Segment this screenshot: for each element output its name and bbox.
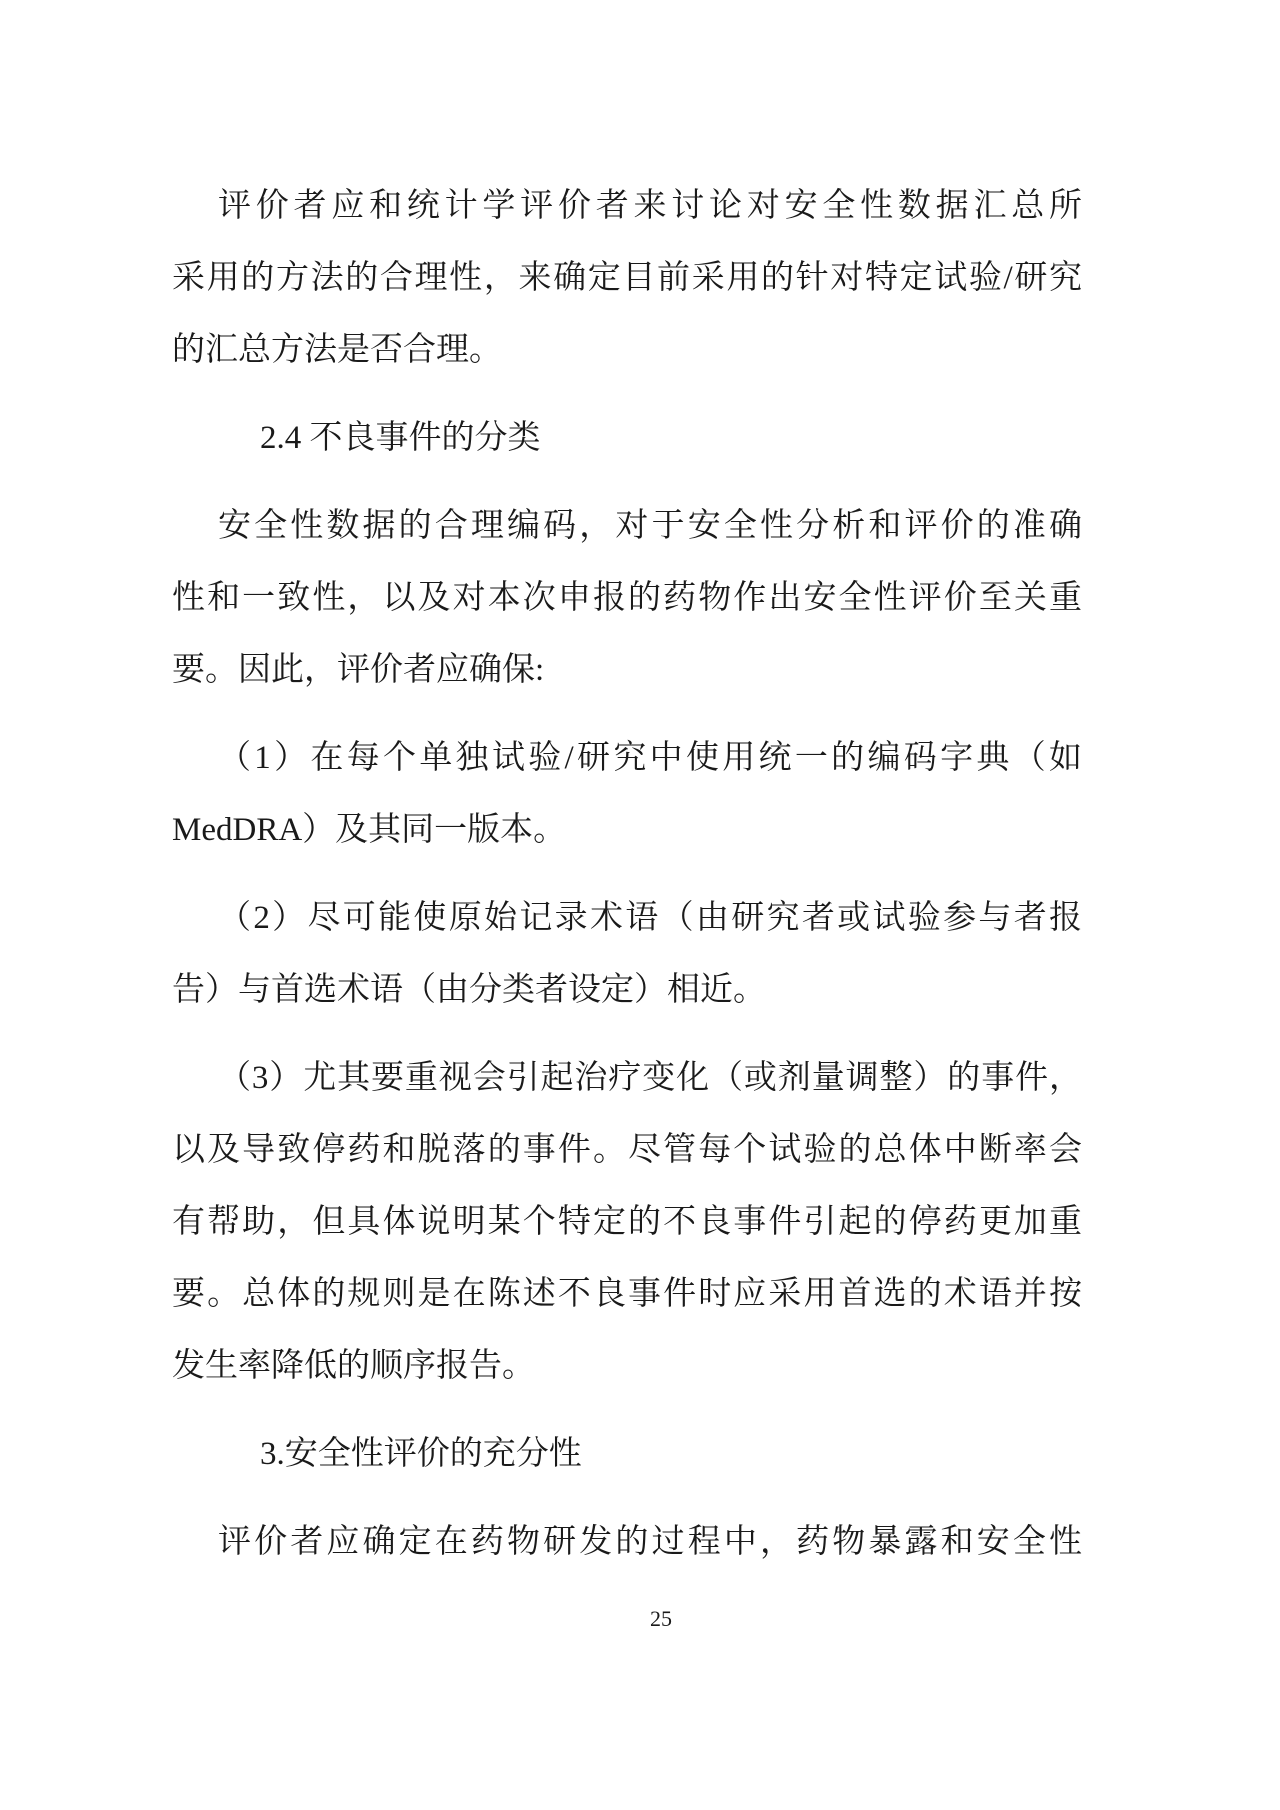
text-line: 要。因此，评价者应确保: (172, 634, 1082, 706)
text-line: 告）与首选术语（由分类者设定）相近。 (172, 954, 1082, 1026)
heading-2-4: 2.4 不良事件的分类 (172, 402, 1082, 474)
text-line: 有帮助，但具体说明某个特定的不良事件引起的停药更加重 (172, 1186, 1082, 1258)
text-line: 评价者应和统计学评价者来讨论对安全性数据汇总所 (172, 170, 1082, 242)
document-page: 评价者应和统计学评价者来讨论对安全性数据汇总所 采用的方法的合理性，来确定目前采… (0, 0, 1280, 1810)
text-line: （2）尽可能使原始记录术语（由研究者或试验参与者报 (172, 882, 1082, 954)
text-line: 发生率降低的顺序报告。 (172, 1330, 1082, 1402)
document-body: 评价者应和统计学评价者来讨论对安全性数据汇总所 采用的方法的合理性，来确定目前采… (172, 170, 1082, 1594)
text-line: 安全性数据的合理编码，对于安全性分析和评价的准确 (172, 490, 1082, 562)
text-line: 采用的方法的合理性，来确定目前采用的针对特定试验/研究 (172, 242, 1082, 314)
page-number: 25 (21, 1606, 1280, 1632)
para-summary-method: 评价者应和统计学评价者来讨论对安全性数据汇总所 采用的方法的合理性，来确定目前采… (172, 170, 1082, 386)
section-heading: 2.4 不良事件的分类 (172, 402, 1082, 474)
para-item-2: （2）尽可能使原始记录术语（由研究者或试验参与者报 告）与首选术语（由分类者设定… (172, 882, 1082, 1026)
para-coding-importance: 安全性数据的合理编码，对于安全性分析和评价的准确 性和一致性，以及对本次申报的药… (172, 490, 1082, 706)
text-line: （3）尤其要重视会引起治疗变化（或剂量调整）的事件， (172, 1042, 1082, 1114)
text-line: 性和一致性，以及对本次申报的药物作出安全性评价至关重 (172, 562, 1082, 634)
para-item-3: （3）尤其要重视会引起治疗变化（或剂量调整）的事件， 以及导致停药和脱落的事件。… (172, 1042, 1082, 1402)
text-line: 的汇总方法是否合理。 (172, 314, 1082, 386)
heading-3: 3.安全性评价的充分性 (172, 1418, 1082, 1490)
para-exposure: 评价者应确定在药物研发的过程中，药物暴露和安全性 (172, 1506, 1082, 1578)
text-line: 评价者应确定在药物研发的过程中，药物暴露和安全性 (172, 1506, 1082, 1578)
section-heading: 3.安全性评价的充分性 (172, 1418, 1082, 1490)
text-line: （1）在每个单独试验/研究中使用统一的编码字典（如 (172, 722, 1082, 794)
para-item-1: （1）在每个单独试验/研究中使用统一的编码字典（如 MedDRA）及其同一版本。 (172, 722, 1082, 866)
text-line: MedDRA）及其同一版本。 (172, 794, 1082, 866)
text-line: 以及导致停药和脱落的事件。尽管每个试验的总体中断率会 (172, 1114, 1082, 1186)
text-line: 要。总体的规则是在陈述不良事件时应采用首选的术语并按 (172, 1258, 1082, 1330)
